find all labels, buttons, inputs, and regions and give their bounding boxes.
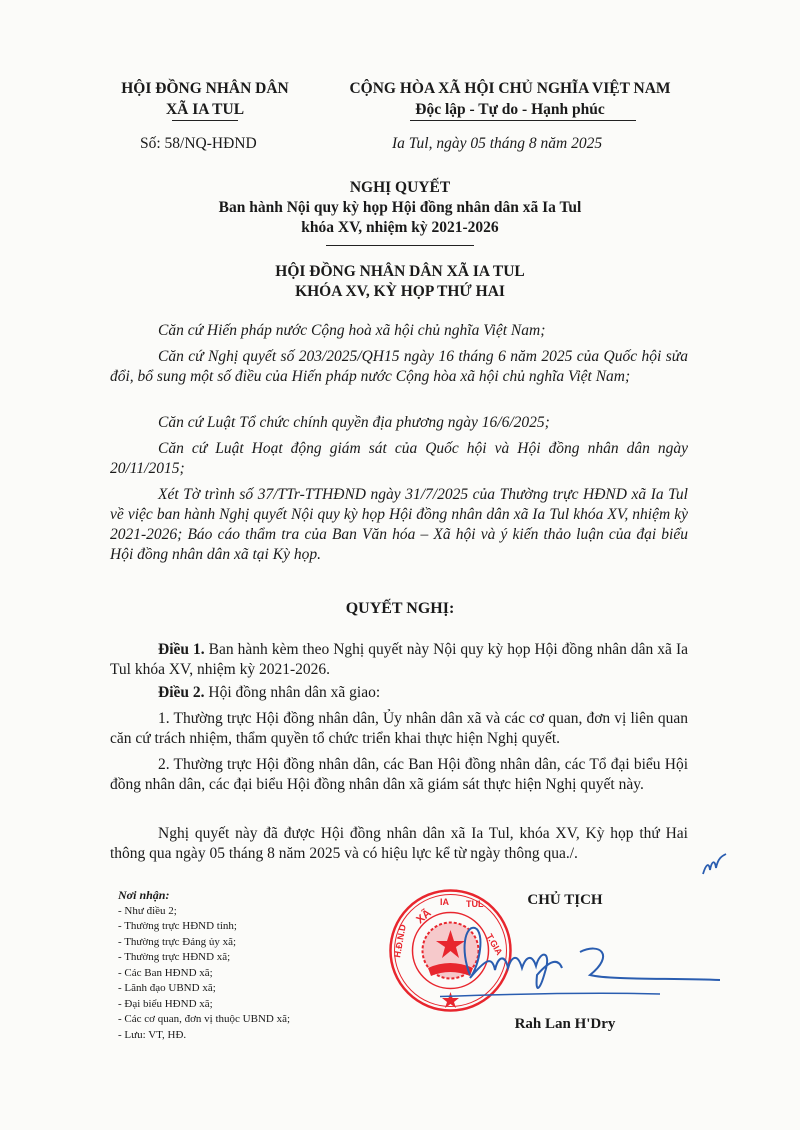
initials-mark-icon <box>700 852 728 878</box>
article-2-label: Điều 2. <box>158 684 205 701</box>
title-underline <box>326 245 474 246</box>
recipient-item: - Thường trực HĐND tỉnh; <box>118 919 290 935</box>
place-date: Ia Tul, ngày 05 tháng 8 năm 2025 <box>392 135 602 153</box>
council-block: HỘI ĐỒNG NHÂN DÂN XÃ IA TUL KHÓA XV, KỲ … <box>100 262 700 302</box>
article-1-label: Điều 1. <box>158 641 205 658</box>
svg-text:XÃ: XÃ <box>414 906 434 926</box>
article-2-item-2: 2. Thường trực Hội đồng nhân dân, các Ba… <box>110 755 688 795</box>
nation-block: CỘNG HÒA XÃ HỘI CHỦ NGHĨA VIỆT NAM Độc l… <box>330 78 690 120</box>
article-2-text: Hội đồng nhân dân xã giao: <box>205 684 381 701</box>
basis-1: Căn cứ Hiến pháp nước Cộng hoà xã hội ch… <box>110 321 688 341</box>
council-line1: HỘI ĐỒNG NHÂN DÂN XÃ IA TUL <box>100 262 700 282</box>
issuer-line2: XÃ IA TUL <box>100 99 310 120</box>
issuer-line1: HỘI ĐỒNG NHÂN DÂN <box>100 78 310 99</box>
basis-3: Căn cứ Luật Tổ chức chính quyền địa phươ… <box>110 413 688 433</box>
doc-title-block: NGHỊ QUYẾT Ban hành Nội quy kỳ họp Hội đ… <box>100 178 700 238</box>
article-2: Điều 2. Hội đồng nhân dân xã giao: <box>110 683 688 703</box>
signer-title: CHỦ TỊCH <box>500 892 630 909</box>
resolution-heading: QUYẾT NGHỊ: <box>100 600 700 618</box>
recipient-item: - Thường trực HĐND xã; <box>118 950 290 966</box>
basis-4: Căn cứ Luật Hoạt động giám sát của Quốc … <box>110 439 688 479</box>
svg-text:TUL: TUL <box>466 899 484 909</box>
doc-type: NGHỊ QUYẾT <box>100 178 700 198</box>
council-line2: KHÓA XV, KỲ HỌP THỨ HAI <box>100 282 700 302</box>
recipient-item: - Các Ban HĐND xã; <box>118 966 290 982</box>
handwritten-signature-icon <box>440 920 720 1010</box>
issuer-block: HỘI ĐỒNG NHÂN DÂN XÃ IA TUL <box>100 78 310 120</box>
doc-subject-line1: Ban hành Nội quy kỳ họp Hội đồng nhân dâ… <box>100 198 700 218</box>
recipient-item: - Đại biểu HĐND xã; <box>118 997 290 1013</box>
recipient-item: - Lãnh đạo UBND xã; <box>118 981 290 997</box>
doc-number: Số: 58/NQ-HĐND <box>140 135 257 153</box>
recipient-item: - Như điều 2; <box>118 904 290 920</box>
doc-subject-line2: khóa XV, nhiệm kỳ 2021-2026 <box>100 218 700 238</box>
motto-underline <box>410 120 636 121</box>
basis-5: Xét Tờ trình số 37/TTr-TTHĐND ngày 31/7/… <box>110 485 688 565</box>
recipients-block: Nơi nhận: - Như điều 2; - Thường trực HĐ… <box>118 888 290 1043</box>
basis-2: Căn cứ Nghị quyết số 203/2025/QH15 ngày … <box>110 347 688 387</box>
svg-text:IA: IA <box>440 897 450 907</box>
article-2-item-1: 1. Thường trực Hội đồng nhân dân, Ủy nhâ… <box>110 709 688 749</box>
recipient-item: - Các cơ quan, đơn vị thuộc UBND xã; <box>118 1012 290 1028</box>
nation-line1: CỘNG HÒA XÃ HỘI CHỦ NGHĨA VIỆT NAM <box>330 78 690 99</box>
closing-paragraph: Nghị quyết này đã được Hội đồng nhân dân… <box>110 824 688 864</box>
recipients-heading: Nơi nhận: <box>118 888 290 904</box>
issuer-underline <box>172 120 238 121</box>
article-1: Điều 1. Ban hành kèm theo Nghị quyết này… <box>110 640 688 680</box>
recipient-item: - Lưu: VT, HĐ. <box>118 1028 290 1044</box>
recipient-item: - Thường trực Đảng ủy xã; <box>118 935 290 951</box>
nation-motto: Độc lập - Tự do - Hạnh phúc <box>330 99 690 120</box>
signer-name: Rah Lan H'Dry <box>480 1016 650 1033</box>
